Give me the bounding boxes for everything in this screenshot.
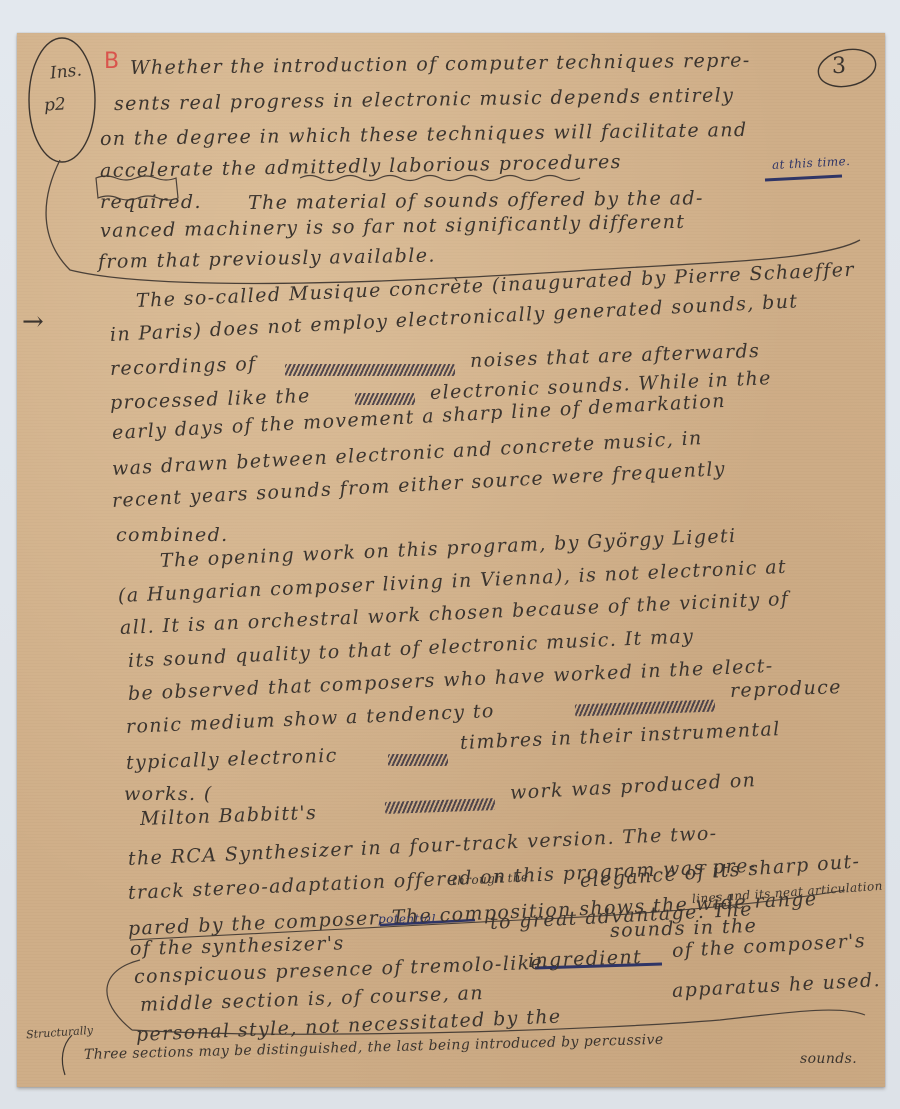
text-line-required: required. xyxy=(100,191,202,213)
text-line: combined. xyxy=(116,524,229,546)
text-line: sounds. xyxy=(800,1051,857,1067)
text-line: works. ( xyxy=(124,783,213,805)
crossed-out-word xyxy=(388,754,448,766)
red-marker-letter: B xyxy=(104,49,119,74)
crossed-out-word xyxy=(355,393,415,405)
crossed-out-word xyxy=(285,364,455,376)
margin-note-ins: Ins. xyxy=(49,60,83,83)
inserted-text: ingredient xyxy=(528,946,643,972)
margin-note-p2: p2 xyxy=(43,94,66,115)
page-number: 3 xyxy=(832,54,846,79)
inserted-text: potential xyxy=(378,912,436,926)
text-line: reproduce xyxy=(730,676,843,702)
margin-arrow-icon: → xyxy=(22,307,44,337)
